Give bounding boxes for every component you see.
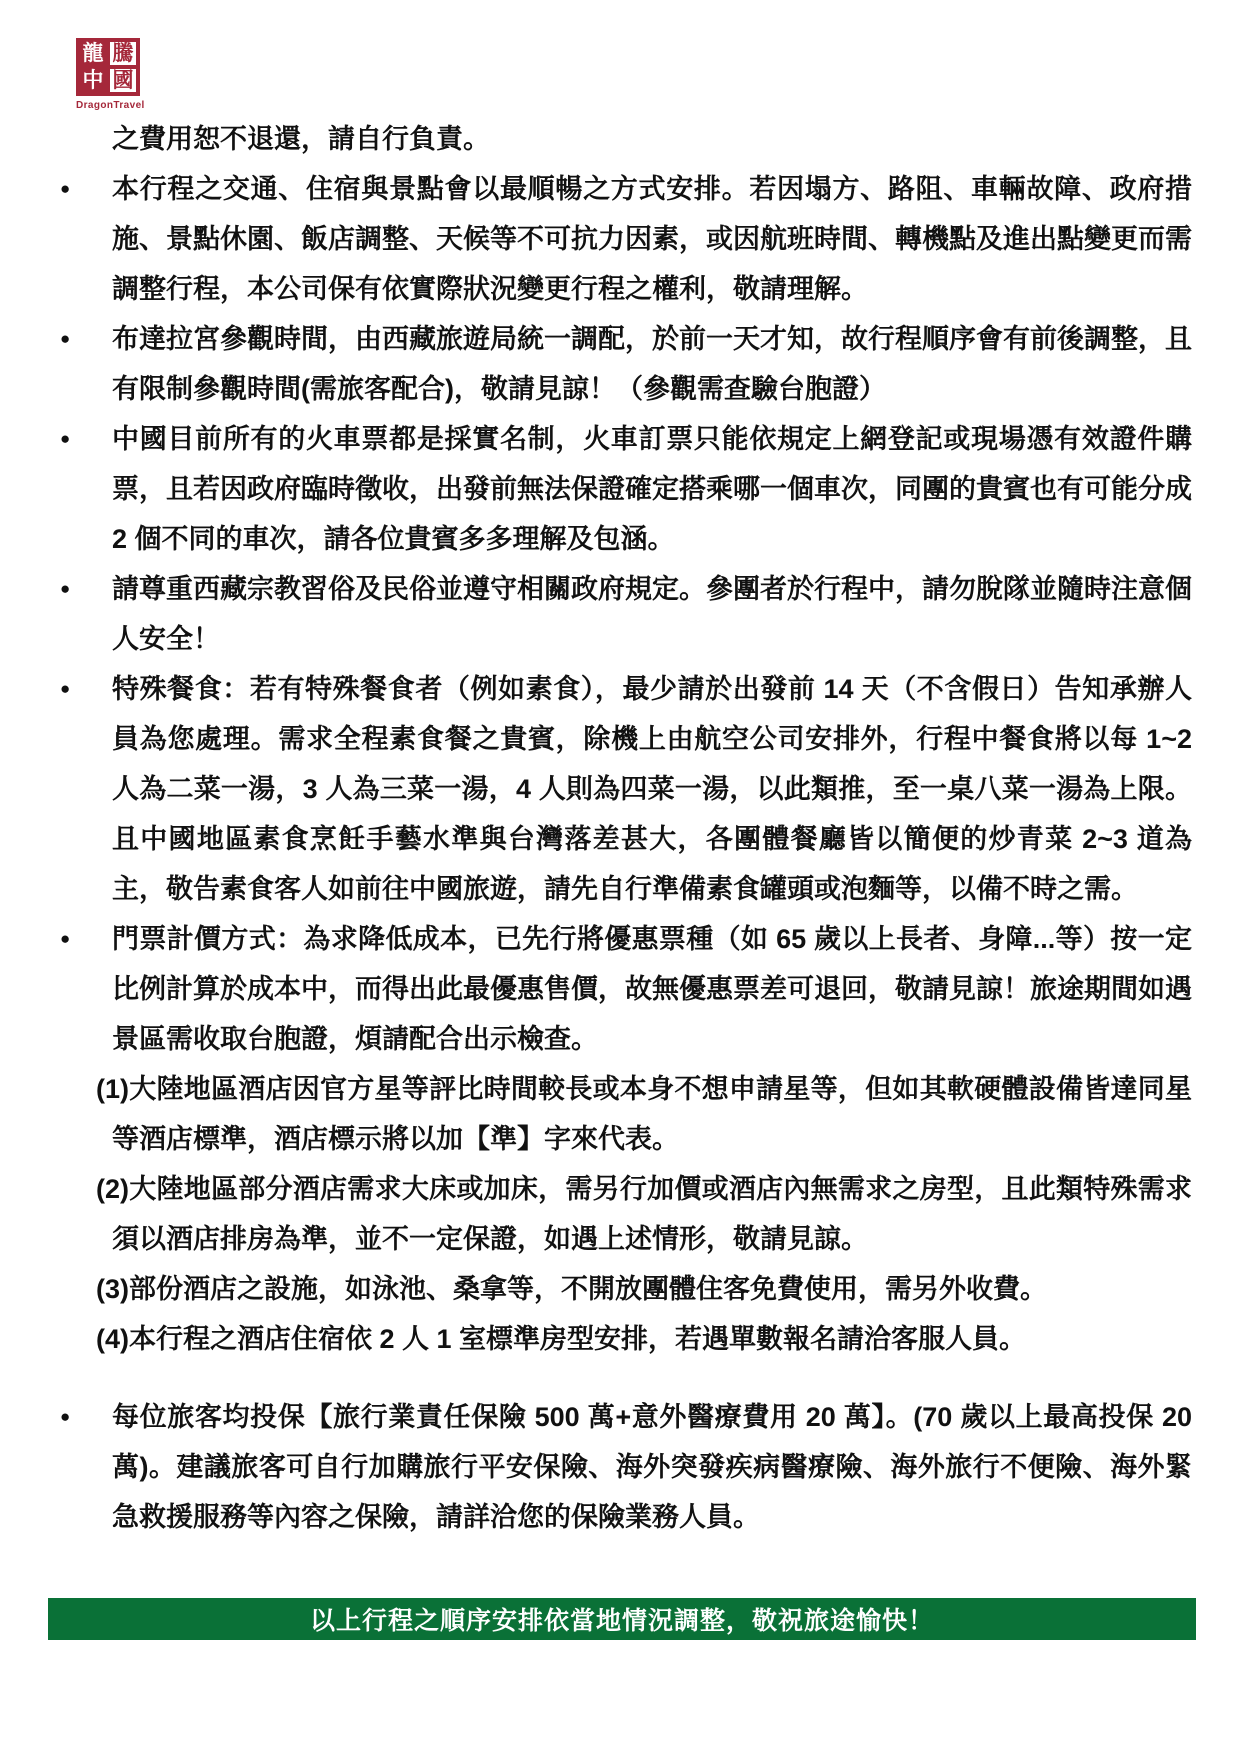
logo-seal: 龍 騰 中 國 bbox=[76, 38, 140, 96]
dragon-travel-logo: 龍 騰 中 國 DragonTravel bbox=[76, 38, 156, 111]
notice-text: 門票計價方式：為求降低成本，已先行將優惠票種（如 65 歲以上長者、身障...等… bbox=[112, 914, 1192, 1364]
logo-brand-text: DragonTravel bbox=[76, 100, 156, 111]
notice-item-ticket-pricing: ● 門票計價方式：為求降低成本，已先行將優惠票種（如 65 歲以上長者、身障..… bbox=[60, 914, 1192, 1364]
notices-section: 之費用恕不退還，請自行負責。 ● 本行程之交通、住宿與景點會以最順暢之方式安排。… bbox=[60, 114, 1192, 1542]
footer-banner: 以上行程之順序安排依當地情況調整，敬祝旅途愉快！ bbox=[48, 1598, 1196, 1640]
bullet-icon: ● bbox=[60, 1392, 112, 1442]
notice-text-main: 門票計價方式：為求降低成本，已先行將優惠票種（如 65 歲以上長者、身障...等… bbox=[112, 914, 1192, 1064]
notice-text: 特殊餐食：若有特殊餐食者（例如素食），最少請於出發前 14 天（不含假日）告知承… bbox=[112, 664, 1192, 914]
footer-text: 以上行程之順序安排依當地情況調整，敬祝旅途愉快！ bbox=[310, 1601, 934, 1637]
hotel-note-1: (1)大陸地區酒店因官方星等評比時間較長或本身不想申請星等，但如其軟硬體設備皆達… bbox=[112, 1064, 1192, 1164]
bullet-icon: ● bbox=[60, 414, 112, 464]
bullet-icon: ● bbox=[60, 164, 112, 214]
notice-text: 本行程之交通、住宿與景點會以最順暢之方式安排。若因塌方、路阻、車輛故障、政府措施… bbox=[112, 164, 1192, 314]
notice-item-potala-palace: ● 布達拉宮參觀時間，由西藏旅遊局統一調配，於前一天才知，故行程順序會有前後調整… bbox=[60, 314, 1192, 414]
notice-item-transport: ● 本行程之交通、住宿與景點會以最順暢之方式安排。若因塌方、路阻、車輛故障、政府… bbox=[60, 164, 1192, 314]
logo-seal-char-4: 國 bbox=[108, 67, 138, 94]
notice-item-train-tickets: ● 中國目前所有的火車票都是採實名制，火車訂票只能依規定上網登記或現場憑有效證件… bbox=[60, 414, 1192, 564]
bullet-icon: ● bbox=[60, 664, 112, 714]
bullet-icon: ● bbox=[60, 314, 112, 364]
notice-item-insurance: ● 每位旅客均投保【旅行業責任保險 500 萬+意外醫療費用 20 萬】。(70… bbox=[60, 1392, 1192, 1542]
notice-text: 中國目前所有的火車票都是採實名制，火車訂票只能依規定上網登記或現場憑有效證件購票… bbox=[112, 414, 1192, 564]
notice-text: 布達拉宮參觀時間，由西藏旅遊局統一調配，於前一天才知，故行程順序會有前後調整，且… bbox=[112, 314, 1192, 414]
logo-seal-char-3: 中 bbox=[78, 67, 108, 94]
notice-text: 每位旅客均投保【旅行業責任保險 500 萬+意外醫療費用 20 萬】。(70 歲… bbox=[112, 1392, 1192, 1542]
notice-item-customs-respect: ● 請尊重西藏宗教習俗及民俗並遵守相關政府規定。參團者於行程中，請勿脫隊並隨時注… bbox=[60, 564, 1192, 664]
notice-item-special-meals: ● 特殊餐食：若有特殊餐食者（例如素食），最少請於出發前 14 天（不含假日）告… bbox=[60, 664, 1192, 914]
bullet-icon: ● bbox=[60, 564, 112, 614]
notice-text: 請尊重西藏宗教習俗及民俗並遵守相關政府規定。參團者於行程中，請勿脫隊並隨時注意個… bbox=[112, 564, 1192, 664]
bullet-icon: ● bbox=[60, 914, 112, 964]
hotel-note-2: (2)大陸地區部分酒店需求大床或加床，需另行加價或酒店內無需求之房型，且此類特殊… bbox=[112, 1164, 1192, 1264]
logo-seal-char-1: 龍 bbox=[78, 40, 108, 67]
intro-continuation-line: 之費用恕不退還，請自行負責。 bbox=[112, 114, 1192, 164]
hotel-note-3: (3)部份酒店之設施，如泳池、桑拿等，不開放團體住客免費使用，需另外收費。 bbox=[112, 1264, 1192, 1314]
document-page: 龍 騰 中 國 DragonTravel 之費用恕不退還，請自行負責。 ● 本行… bbox=[0, 0, 1241, 1755]
logo-seal-char-2: 騰 bbox=[108, 40, 138, 67]
hotel-note-4: (4)本行程之酒店住宿依 2 人 1 室標準房型安排，若遇單數報名請洽客服人員。 bbox=[112, 1314, 1192, 1364]
